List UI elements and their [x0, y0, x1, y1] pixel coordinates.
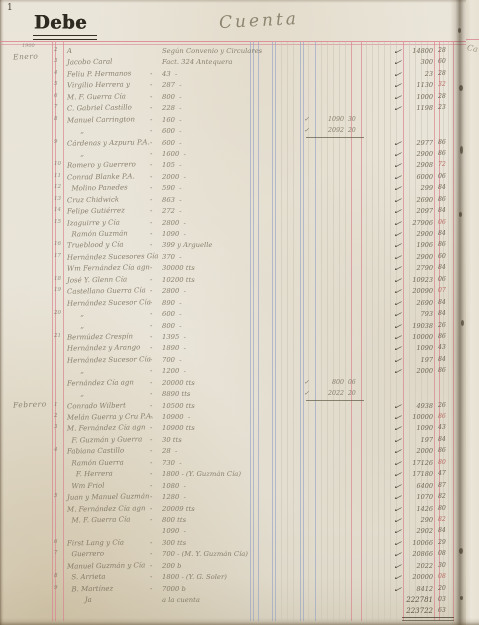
account-name: Trueblood y Cía — [67, 241, 124, 250]
account-name: M. F. Guerra Cía — [67, 92, 126, 101]
ledger-row: Wm Friol - 1080 - ✓ 6400 87 — [0, 481, 479, 492]
amount-value: 19038 — [404, 322, 433, 330]
day-number: 19 — [54, 287, 63, 293]
amount-value: 20090 — [404, 287, 433, 295]
account-name: S. Arrieta — [67, 573, 106, 582]
quantity-note: Según Convenio y Circulares — [162, 47, 262, 55]
check-mark-icon: ✓ — [392, 550, 402, 560]
account-name: Melán Guerra y Cru P.A. — [67, 412, 153, 422]
quantity-note: 105 - — [162, 161, 182, 169]
account-name: Conrad Blanke P.A. — [67, 172, 135, 181]
separator-dash: - — [150, 459, 152, 467]
ledger-row: 2 A Según Convenio y Circulares ✓ 14800 … — [0, 46, 479, 57]
day-number: 3 — [54, 424, 63, 430]
account-name: „ — [67, 367, 84, 375]
separator-dash: - — [150, 344, 152, 352]
amount-value: 222781 — [404, 596, 433, 604]
check-mark-icon: ✓ — [304, 390, 309, 397]
amount-value: 6400 — [404, 482, 433, 490]
check-mark-icon: ✓ — [392, 138, 402, 148]
separator-dash: - — [150, 70, 152, 78]
account-name: Hernández Sucesores Cía — [67, 252, 159, 262]
ledger-row: 5 Virgilio Herrera y - 287 - ✓ 1130 32 — [0, 80, 479, 91]
account-name: Jacobo Caral — [67, 58, 112, 67]
day-number: 15 — [54, 219, 63, 225]
separator-dash: - — [150, 196, 152, 204]
separator-dash: - — [150, 505, 152, 513]
separator-dash: - — [150, 276, 152, 284]
header-rule-line — [0, 41, 479, 42]
amount-value: 299 — [404, 184, 433, 192]
day-number: 9 — [54, 139, 63, 145]
separator-dash: - — [150, 253, 152, 261]
quantity-note: 43 - — [162, 70, 177, 78]
ink-spot — [459, 85, 463, 91]
check-mark-icon: ✓ — [392, 264, 402, 274]
amount-value: 20866 — [404, 550, 433, 558]
quantity-note: 600 - — [162, 127, 182, 135]
ledger-row: Ramón Guerra - 730 - ✓ 17126 80 — [0, 458, 479, 469]
account-name: First Lang y Cía — [67, 538, 124, 547]
amount-value: 223722 — [404, 607, 433, 615]
ledger-row: „ - 600 - ✓ 2092 20 — [0, 126, 479, 137]
separator-dash: - — [150, 573, 152, 581]
check-mark-icon: ✓ — [392, 46, 402, 56]
ledger-row: F. Herrera - 1800 - (Y. Guzmán Cía) ✓ 17… — [0, 469, 479, 480]
amount-value: 10000 — [404, 413, 433, 421]
separator-dash: - — [150, 310, 152, 318]
day-number: 12 — [54, 184, 63, 190]
next-page-rule-line — [466, 39, 479, 40]
quantity-note: 10200 tts — [162, 276, 195, 284]
quantity-note: 800 tts — [162, 516, 186, 524]
quantity-note: 700 - — [162, 356, 182, 364]
separator-dash: - — [150, 81, 152, 89]
quantity-note: 10900 - — [162, 413, 190, 421]
account-name: Ja — [67, 596, 92, 604]
amount-value: 1130 — [404, 81, 433, 89]
check-mark-icon: ✓ — [392, 447, 402, 457]
separator-dash: - — [150, 139, 152, 147]
ledger-row: Wm Fernández Cía agn - 30000 tts ✓ 2790 … — [0, 263, 479, 274]
ledger-row: 14 Felipe Gutiérrez - 272 - ✓ 2097 84 — [0, 206, 479, 217]
quantity-note: 1200 - — [162, 367, 186, 375]
amount-value: 1090 — [404, 424, 433, 432]
account-name: „ — [67, 150, 84, 158]
account-name: „ — [67, 390, 84, 398]
separator-dash: - — [150, 562, 152, 570]
amount-value: 1070 — [404, 493, 433, 501]
mid-amount: 2022 — [312, 390, 344, 397]
ledger-row: 7 Guerrero - 700 - (M. Y. Guzmán Cía) ✓ … — [0, 549, 479, 560]
day-number: 10 — [54, 161, 63, 167]
day-number: 9 — [54, 585, 63, 591]
ledger-row: 6 First Lang y Cía - 300 tts ✓ 10066 29 — [0, 538, 479, 549]
separator-dash: - — [150, 241, 152, 249]
ledger-row: 18 José Y. Glenn Cía - 10200 tts ✓ 10923… — [0, 275, 479, 286]
ledger-row: 1090 - ✓ 2902 84 — [0, 526, 479, 537]
heading-cuenta: Cuenta — [219, 9, 300, 33]
amount-value: 197 — [404, 436, 433, 444]
next-page-edge — [466, 0, 479, 625]
account-name: Felipe Gutiérrez — [67, 207, 125, 216]
day-number: 2 — [54, 47, 63, 53]
account-name: M. F. Guerra Cía — [67, 515, 131, 524]
quantity-note: 1395 - — [162, 333, 186, 341]
amount-value: 2690 — [404, 196, 433, 204]
ledger-row: 17 Hernández Sucesores Cía - 370 - ✓ 290… — [0, 252, 479, 263]
amount-value: 2000 — [404, 367, 433, 375]
ledger-row: 8 Manuel Carrington - 160 - ✓ 1090 30 — [0, 115, 479, 126]
ledger-row: 223722 63 — [0, 606, 479, 617]
ledger-row: 20 „ - 600 - ✓ 793 84 — [0, 309, 479, 320]
account-name: Wm Friol — [67, 481, 105, 490]
amount-value: 17180 — [404, 470, 433, 478]
quantity-note: 28 - — [162, 447, 177, 455]
day-number: 13 — [54, 196, 63, 202]
separator-dash: - — [150, 356, 152, 364]
ledger-row: 4 Feliu P. Hermanos - 43 - ✓ 23 28 — [0, 69, 479, 80]
amount-value: 10000 — [404, 333, 433, 341]
amount-value: 10066 — [404, 539, 433, 547]
quantity-note: 890 - — [162, 299, 182, 307]
quantity-note: 1090 - — [162, 527, 186, 535]
ink-spot — [460, 146, 463, 154]
quantity-note: 1800 - (Y. Guzmán Cía) — [162, 470, 241, 478]
check-mark-icon: ✓ — [392, 481, 402, 491]
check-mark-icon: ✓ — [392, 504, 402, 514]
quantity-note: 2800 - — [162, 219, 186, 227]
amount-value: 1906 — [404, 241, 433, 249]
account-name: A — [67, 47, 72, 55]
ledger-row: 12 Molino Panedes - 590 - ✓ 299 84 — [0, 183, 479, 194]
separator-dash: - — [150, 287, 152, 295]
check-mark-icon: ✓ — [392, 241, 402, 251]
separator-dash: - — [150, 493, 152, 501]
ledger-row: Manuel Guzmán y Cía - 200 b ✓ 2022 30 — [0, 561, 479, 572]
account-name: B. Martínez — [67, 584, 113, 593]
check-mark-icon: ✓ — [392, 561, 402, 571]
quantity-note: 1890 - — [162, 344, 186, 352]
day-number: 6 — [54, 93, 63, 99]
separator-dash: - — [150, 516, 152, 524]
quantity-note: 730 - — [162, 459, 182, 467]
amount-value: 2022 — [404, 562, 433, 570]
check-mark-icon: ✓ — [392, 332, 402, 342]
amount-value: 2900 — [404, 253, 433, 261]
mid-amount: 2092 — [312, 127, 344, 134]
check-mark-icon: ✓ — [392, 401, 402, 411]
ledger-row: 21 Bermúdez Crespín - 1395 - ✓ 10000 86 — [0, 332, 479, 343]
ledger-page: 1 Debe Cuenta 1900 Enero Febrero 2 A Seg… — [0, 0, 479, 625]
separator-dash: - — [150, 161, 152, 169]
ledger-row: Hernández Sucesor Cía - 890 - ✓ 2690 84 — [0, 298, 479, 309]
page-top-edge — [0, 0, 479, 3]
separator-dash: - — [150, 104, 152, 112]
account-name: Hernández y Arango — [67, 344, 140, 353]
quantity-note: 863 - — [162, 196, 182, 204]
account-name: Fernández Cía agn — [67, 378, 134, 387]
check-mark-icon: ✓ — [392, 424, 402, 434]
quantity-note: 1800 - (Y. G. Soler) — [162, 573, 227, 581]
ledger-row: 16 Trueblood y Cía - 399 y Arguelle ✓ 19… — [0, 240, 479, 251]
day-number: 7 — [54, 104, 63, 110]
check-mark-icon: ✓ — [392, 207, 402, 217]
day-number: 1 — [54, 402, 63, 408]
check-mark-icon: ✓ — [392, 515, 402, 525]
ledger-row: 3 M. Fernández Cía agn - 10900 tts ✓ 109… — [0, 423, 479, 434]
amount-value: 10923 — [404, 276, 433, 284]
account-name: „ — [67, 310, 84, 318]
quantity-note: 287 - — [162, 81, 182, 89]
ledger-row: 5 Juan y Manuel Guzmán - 1280 - ✓ 1070 8… — [0, 492, 479, 503]
amount-value: 1426 — [404, 505, 433, 513]
ledger-row: 19 Castellano Guerra Cía - 2800 - ✓ 2009… — [0, 286, 479, 297]
amount-value: 2690 — [404, 299, 433, 307]
separator-dash: - — [150, 299, 152, 307]
quantity-note: 228 - — [162, 104, 182, 112]
ledger-row: 3 Jacobo Caral Fact. 324 Antequera ✓ 300… — [0, 57, 479, 68]
quantity-note: 370 - — [162, 253, 182, 261]
ledger-row: „ - 1200 - ✓ 2000 86 — [0, 366, 479, 377]
check-mark-icon: ✓ — [304, 127, 309, 134]
check-mark-icon: ✓ — [392, 195, 402, 205]
quantity-note: 300 tts — [162, 539, 186, 547]
amount-value: 2000 — [404, 447, 433, 455]
separator-dash: - — [150, 539, 152, 547]
check-mark-icon: ✓ — [392, 149, 402, 159]
quantity-note: 2000 - — [162, 173, 186, 181]
check-mark-icon: ✓ — [392, 104, 402, 114]
amount-value: 20000 — [404, 573, 433, 581]
amount-value: 17126 — [404, 459, 433, 467]
day-number: 3 — [54, 58, 63, 64]
day-number: 6 — [54, 539, 63, 545]
check-mark-icon: ✓ — [392, 161, 402, 171]
separator-dash: - — [150, 379, 152, 387]
separator-dash: - — [150, 230, 152, 238]
quantity-note: 20000 tts — [162, 379, 195, 387]
ledger-row: Fernández Cía agn - 20000 tts ✓ 800 06 — [0, 378, 479, 389]
amount-value: 14800 — [404, 47, 433, 55]
check-mark-icon: ✓ — [392, 58, 402, 68]
check-mark-icon: ✓ — [392, 584, 402, 594]
check-mark-icon: ✓ — [392, 172, 402, 182]
separator-dash: - — [150, 367, 152, 375]
quantity-note: 2800 - — [162, 287, 186, 295]
account-name: Fabiana Castillo — [67, 447, 124, 456]
ledger-row: M. Fernández Cía agn - 20009 tts ✓ 1426 … — [0, 504, 479, 515]
account-name: M. Fernández Cía agn — [67, 504, 146, 513]
check-mark-icon: ✓ — [392, 309, 402, 319]
separator-dash: - — [150, 424, 152, 432]
ledger-row: 15 Izaguirre y Cía - 2800 - ✓ 27906 06 — [0, 218, 479, 229]
ledger-row: 11 Conrad Blanke P.A. - 2000 - ✓ 6000 06 — [0, 172, 479, 183]
separator-dash: - — [150, 116, 152, 124]
separator-dash: - — [150, 585, 152, 593]
ledger-row: Ja a la cuenta 222781 03 — [0, 595, 479, 606]
quantity-note: 272 - — [162, 207, 182, 215]
ledger-row: 13 Cruz Chidwick - 863 - ✓ 2690 86 — [0, 195, 479, 206]
mid-cents: 30 — [348, 116, 360, 123]
mid-cents: 06 — [348, 379, 360, 386]
mid-amount: 1090 — [312, 116, 344, 123]
separator-dash: - — [150, 447, 152, 455]
quantity-note: 7000 b — [162, 585, 186, 593]
separator-dash: - — [150, 207, 152, 215]
separator-dash: - — [150, 219, 152, 227]
day-number: 4 — [54, 70, 63, 76]
quantity-note: 8890 tts — [162, 390, 190, 398]
check-mark-icon: ✓ — [392, 92, 402, 102]
quantity-note: 160 - — [162, 116, 182, 124]
ledger-row: „ - 8890 tts ✓ 2022 20 — [0, 389, 479, 400]
check-mark-icon: ✓ — [392, 435, 402, 445]
separator-dash: - — [150, 150, 152, 158]
amount-value: 300 — [404, 58, 433, 66]
day-number: 5 — [54, 493, 63, 499]
ledger-row: 7 C. Gabriel Castillo - 228 - ✓ 1198 23 — [0, 103, 479, 114]
amount-value: 290 — [404, 516, 433, 524]
account-name: Wm Fernández Cía agn — [67, 264, 150, 273]
day-number: 20 — [54, 310, 63, 316]
check-mark-icon: ✓ — [392, 344, 402, 354]
quantity-note: 30000 tts — [162, 264, 195, 272]
quantity-note: 399 y Arguelle — [162, 241, 212, 249]
ink-spot — [459, 212, 462, 217]
account-name: „ — [67, 321, 84, 329]
account-name: José Y. Glenn Cía — [67, 275, 127, 284]
day-number: 16 — [54, 241, 63, 247]
account-name: Romero y Guerrero — [67, 161, 136, 170]
account-name: Hernández Sucesor Cía — [67, 355, 151, 364]
separator-dash: - — [150, 93, 152, 101]
check-mark-icon: ✓ — [392, 538, 402, 548]
ledger-row: Ramón Guzmán - 1090 - ✓ 2900 84 — [0, 229, 479, 240]
amount-value: 2790 — [404, 264, 433, 272]
check-mark-icon: ✓ — [392, 470, 402, 480]
ink-spot — [461, 320, 464, 326]
quantity-note: 1280 - — [162, 493, 186, 501]
separator-dash: - — [150, 264, 152, 272]
separator-dash: - — [150, 333, 152, 341]
amount-value: 2900 — [404, 150, 433, 158]
next-page-writing: Ca — [466, 43, 479, 54]
separator-dash: - — [150, 402, 152, 410]
check-mark-icon: ✓ — [392, 573, 402, 583]
ledger-row: 9 Cárdenas y Azpuru P.A. - 600 - ✓ 2977 … — [0, 138, 479, 149]
check-mark-icon: ✓ — [392, 412, 402, 422]
separator-dash: - — [150, 173, 152, 181]
mid-amount: 800 — [312, 379, 344, 386]
amount-value: 2902 — [404, 527, 433, 535]
day-number: 8 — [54, 573, 63, 579]
amount-value: 1198 — [404, 104, 433, 112]
account-name: Juan y Manuel Guzmán — [67, 492, 150, 501]
quantity-note: 600 - — [162, 139, 182, 147]
amount-value: 1000 — [404, 93, 433, 101]
account-name: Hernández Sucesor Cía — [67, 298, 151, 307]
check-mark-icon: ✓ — [392, 184, 402, 194]
check-mark-icon: ✓ — [392, 355, 402, 365]
ledger-row: 9 B. Martínez - 7000 b ✓ 8412 20 — [0, 584, 479, 595]
account-name: F. Herrera — [67, 470, 113, 479]
amount-value: 8412 — [404, 585, 433, 593]
account-name: Cruz Chidwick — [67, 195, 119, 204]
ink-spot — [459, 548, 463, 554]
ledger-row: 6 M. F. Guerra Cía - 800 - ✓ 1000 28 — [0, 92, 479, 103]
amount-value: 2900 — [404, 230, 433, 238]
quantity-note: 10900 tts — [162, 424, 195, 432]
page-number: 1 — [7, 3, 13, 13]
ledger-row: „ - 1600 - ✓ 2900 86 — [0, 149, 479, 160]
amount-value: 1090 — [404, 344, 433, 352]
heading-debe: Debe — [34, 11, 87, 33]
separator-dash: - — [150, 322, 152, 330]
quantity-note: 590 - — [162, 184, 182, 192]
account-name: Castellano Guerra Cía — [67, 287, 146, 296]
account-name: M. Fernández Cía agn — [67, 424, 146, 433]
ledger-rows: 2 A Según Convenio y Circulares ✓ 14800 … — [0, 46, 479, 618]
day-number: 4 — [54, 447, 63, 453]
check-mark-icon: ✓ — [392, 298, 402, 308]
check-mark-icon: ✓ — [392, 321, 402, 331]
ledger-row: „ - 800 - ✓ 19038 26 — [0, 321, 479, 332]
day-number: 2 — [54, 413, 63, 419]
check-mark-icon: ✓ — [392, 218, 402, 228]
check-mark-icon: ✓ — [392, 81, 402, 91]
account-name: Molino Panedes — [67, 184, 128, 193]
quantity-note: Fact. 324 Antequera — [162, 58, 232, 66]
account-name: Ramón Guzmán — [67, 229, 128, 238]
day-number: 21 — [54, 333, 63, 339]
separator-dash: - — [150, 184, 152, 192]
check-mark-icon: ✓ — [392, 287, 402, 297]
separator-dash: - — [150, 390, 152, 398]
separator-dash: - — [150, 436, 152, 444]
quantity-note: a la cuenta — [162, 596, 200, 604]
quantity-note: 30 tts — [162, 436, 182, 444]
separator-dash: - — [150, 413, 152, 421]
check-mark-icon: ✓ — [392, 69, 402, 79]
amount-value: 6000 — [404, 173, 433, 181]
ledger-row: 1 Conrado Wilbert - 10500 tts ✓ 4938 26 — [0, 401, 479, 412]
account-name: C. Gabriel Castillo — [67, 104, 132, 113]
check-mark-icon: ✓ — [304, 379, 309, 386]
quantity-note: 10500 tts — [162, 402, 195, 410]
day-number: 18 — [54, 276, 63, 282]
ink-spot — [460, 596, 463, 600]
header-rule-line — [0, 44, 479, 45]
ink-spot — [458, 28, 461, 33]
amount-value: 23 — [404, 70, 433, 78]
separator-dash: - — [150, 470, 152, 478]
amount-value: 2097 — [404, 207, 433, 215]
ledger-row: M. F. Guerra Cía - 800 tts ✓ 290 82 — [0, 515, 479, 526]
check-mark-icon: ✓ — [392, 252, 402, 262]
check-mark-icon: ✓ — [392, 275, 402, 285]
account-name: Conrado Wilbert — [67, 401, 126, 410]
check-mark-icon: ✓ — [392, 527, 402, 537]
account-name: Ramón Guerra — [67, 458, 124, 467]
check-mark-icon: ✓ — [304, 116, 309, 123]
page-bottom-edge — [0, 618, 479, 625]
amount-value: 4938 — [404, 402, 433, 410]
mid-cents: 20 — [348, 127, 360, 134]
day-number: 11 — [54, 173, 63, 179]
heading-debe-underline — [33, 35, 97, 40]
account-name: Manuel Carrington — [67, 115, 135, 124]
